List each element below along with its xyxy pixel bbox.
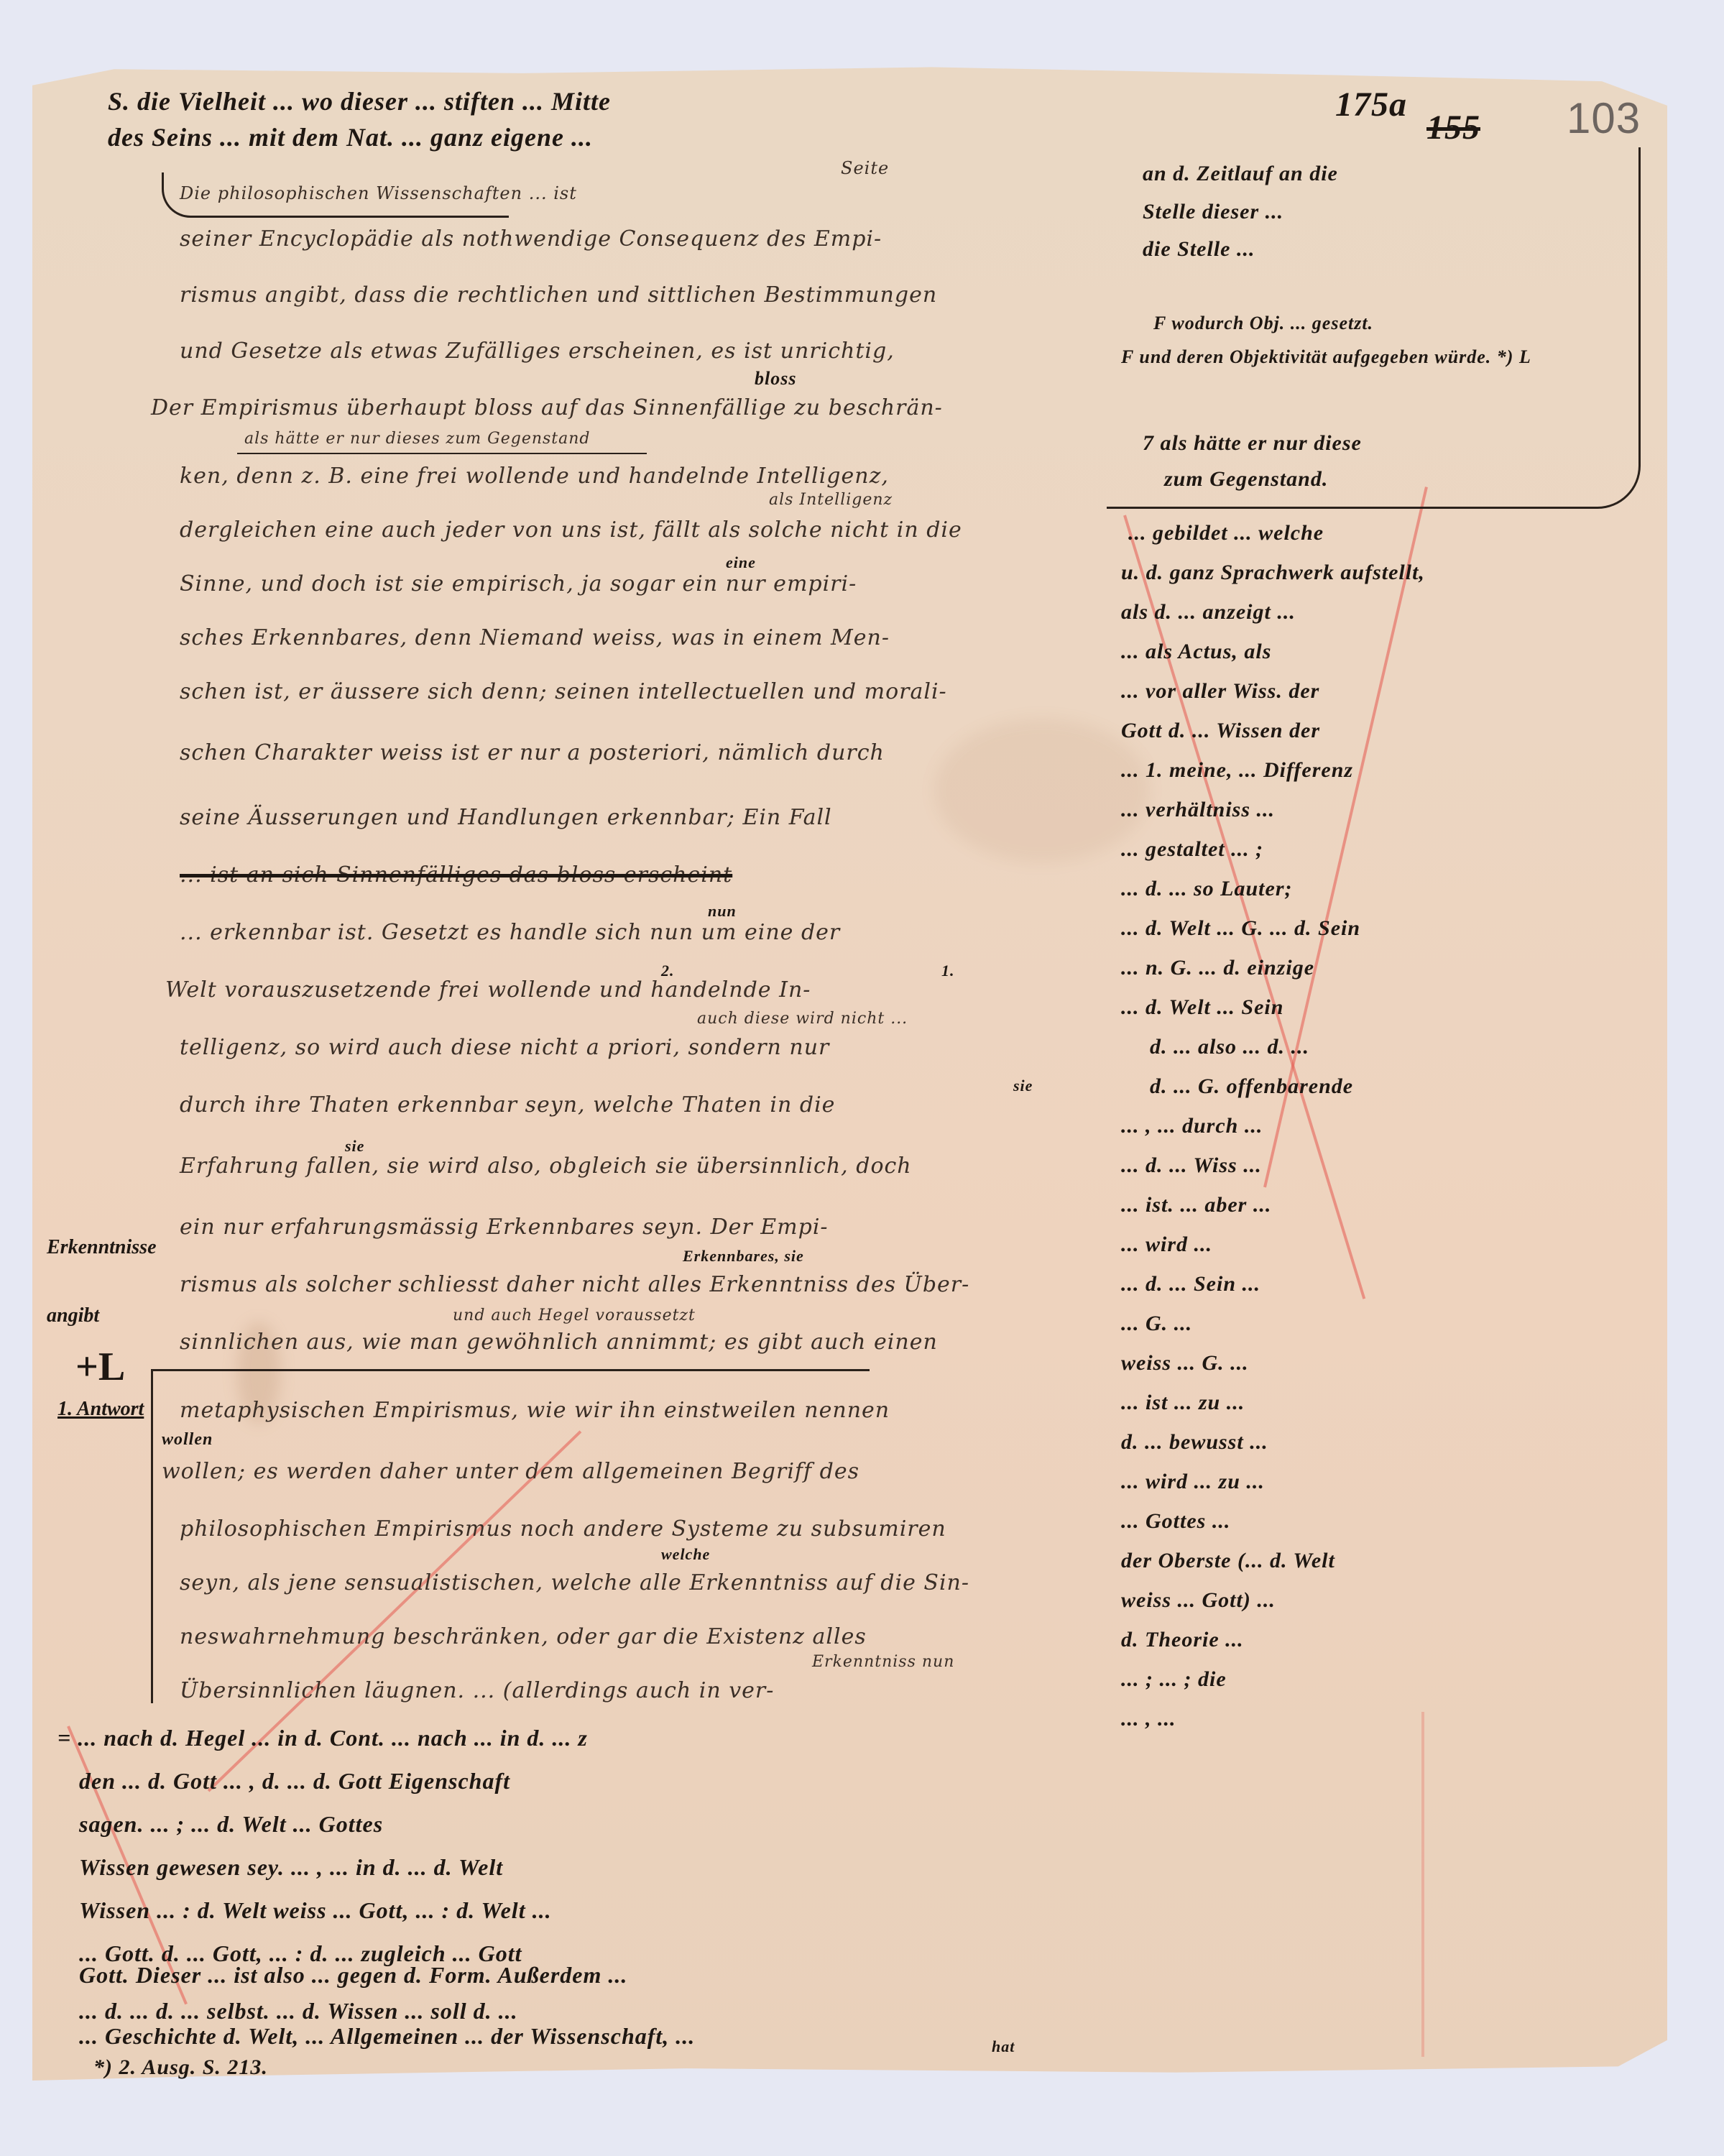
bracketed-insertion: als hätte er nur dieses zum Gegenstand bbox=[244, 430, 591, 448]
text-line: neswahrnehmung beschränken, oder gar die… bbox=[180, 1624, 867, 1649]
annotation-line: ... gestaltet ... ; bbox=[1121, 837, 1263, 862]
text-line: Welt vorauszusetzende frei wollende und … bbox=[165, 977, 811, 1003]
folio-number-struck: 155 bbox=[1426, 108, 1480, 147]
text-line: metaphysischen Empirismus, wie wir ihn e… bbox=[180, 1398, 890, 1423]
bottom-line: Wissen gewesen sey. ... , ... in d. ... … bbox=[79, 1854, 503, 1881]
annotation-line: ... wird ... zu ... bbox=[1121, 1470, 1265, 1494]
interlinear-number: 2. bbox=[661, 962, 675, 980]
text-line: ken, denn z. B. eine frei wollende und h… bbox=[180, 464, 889, 489]
annotation-line: weiss ... G. ... bbox=[1121, 1351, 1249, 1376]
annotation-bracket bbox=[1107, 147, 1641, 509]
text-line: durch ihre Thaten erkennbar seyn, welche… bbox=[180, 1092, 835, 1118]
annotation-line: ... d. Welt ... G. ... d. Sein bbox=[1121, 916, 1360, 941]
text-line: schen ist, er äussere sich denn; seinen … bbox=[180, 679, 947, 704]
bottom-line: = ... nach d. Hegel ... in d. Cont. ... … bbox=[57, 1725, 588, 1751]
bracketed-insertion: auch diese wird nicht ... bbox=[697, 1010, 908, 1028]
annotation-line: ... 1. meine, ... Differenz bbox=[1121, 758, 1353, 783]
footnote: *) 2. Ausg. S. 213. bbox=[93, 2055, 268, 2080]
text-line: sinnlichen aus, wie man gewöhnlich annim… bbox=[180, 1330, 938, 1355]
water-stain bbox=[934, 719, 1150, 862]
annotation-line: Gott d. ... Wissen der bbox=[1121, 719, 1320, 743]
annotation-line: ... Gottes ... bbox=[1121, 1509, 1230, 1534]
bottom-line: sagen. ... ; ... d. Welt ... Gottes bbox=[79, 1811, 383, 1838]
annotation-line: ... vor aller Wiss. der bbox=[1121, 679, 1319, 704]
bottom-line: ... d. ... d. ... selbst. ... d. Wissen … bbox=[79, 1998, 518, 2024]
text-line: ... erkennbar ist. Gesetzt es handle sic… bbox=[180, 920, 840, 945]
interlinear-correction: eine bbox=[726, 553, 756, 572]
interlinear-correction: Erkenntniss nun bbox=[812, 1653, 954, 1671]
bottom-line: ... Geschichte d. Welt, ... Allgemeinen … bbox=[79, 2023, 695, 2050]
annotation-line: ... d. ... so Lauter; bbox=[1121, 877, 1293, 901]
annotation-line: d. Theorie ... bbox=[1121, 1628, 1244, 1652]
text-line: telligenz, so wird auch diese nicht a pr… bbox=[180, 1035, 829, 1060]
annotation-line: u. d. ganz Sprachwerk aufstellt, bbox=[1121, 561, 1425, 585]
annotation-line: ... n. G. ... d. einzige bbox=[1121, 956, 1314, 980]
annotation-line: ... wird ... bbox=[1121, 1233, 1212, 1257]
interlinear-correction: sie bbox=[1013, 1077, 1033, 1095]
margin-note-answer: 1. Antwort bbox=[57, 1398, 144, 1421]
annotation-line: ... als Actus, als bbox=[1121, 640, 1271, 664]
annotation-line: ... , ... bbox=[1121, 1707, 1176, 1731]
annotation-line: ... d. ... Wiss ... bbox=[1121, 1153, 1262, 1178]
interlinear-correction: welche bbox=[661, 1545, 710, 1564]
text-line: seine Äusserungen und Handlungen erkennb… bbox=[180, 805, 832, 830]
annotation-line: ... verhältniss ... bbox=[1121, 798, 1275, 822]
top-line: S. die Vielheit ... wo dieser ... stifte… bbox=[108, 86, 611, 116]
annotation-line: ... d. ... Sein ... bbox=[1121, 1272, 1260, 1296]
annotation-line: ... ; ... ; die bbox=[1121, 1667, 1227, 1692]
text-line: schen Charakter weiss ist er nur a poste… bbox=[180, 740, 885, 765]
bracketed-insertion: und auch Hegel voraussetzt bbox=[453, 1307, 696, 1325]
insertion-underline bbox=[237, 453, 647, 456]
text-line: Erfahrung fallen, sie wird also, obgleic… bbox=[180, 1153, 912, 1179]
page-number: 103 bbox=[1567, 93, 1641, 143]
text-line: rismus angibt, dass die rechtlichen und … bbox=[180, 282, 937, 308]
annotation-line: ... G. ... bbox=[1121, 1312, 1192, 1336]
interlinear-correction: wollen bbox=[162, 1430, 213, 1450]
struck-line: ... ist an sich Sinnenfälliges das bloss… bbox=[180, 862, 732, 888]
interlinear-correction: bloss bbox=[755, 368, 796, 390]
text-line: und Gesetze als etwas Zufälliges erschei… bbox=[180, 338, 895, 364]
insertion-mark: +L bbox=[75, 1344, 125, 1390]
paragraph-bracket bbox=[151, 1369, 153, 1703]
caption-bracket bbox=[162, 172, 509, 218]
annotation-line: weiss ... Gott) ... bbox=[1121, 1588, 1276, 1613]
interlinear-correction: sie bbox=[345, 1137, 364, 1156]
text-line: dergleichen eine auch jeder von uns ist,… bbox=[180, 517, 962, 543]
margin-note: angibt bbox=[47, 1304, 99, 1327]
text-line: Der Empirismus überhaupt bloss auf das S… bbox=[151, 395, 943, 420]
text-line: Sinne, und doch ist sie empirisch, ja so… bbox=[180, 571, 857, 596]
annotation-line: ... ist ... zu ... bbox=[1121, 1391, 1245, 1415]
interlinear-correction: Erkennbares, sie bbox=[683, 1247, 804, 1266]
interlinear-correction: nun bbox=[708, 902, 737, 921]
margin-note: Erkenntnisse bbox=[47, 1236, 157, 1259]
annotation-line: d. ... also ... d. ... bbox=[1150, 1035, 1309, 1059]
interlinear-correction: als Intelligenz bbox=[769, 491, 893, 509]
text-line: rismus als solcher schliesst daher nicht… bbox=[180, 1272, 969, 1297]
annotation-line: d. ... G. offenbarende bbox=[1150, 1074, 1353, 1099]
top-line: des Seins ... mit dem Nat. ... ganz eige… bbox=[108, 122, 593, 152]
red-crayon-stroke bbox=[1421, 1712, 1424, 2057]
interlinear-correction: hat bbox=[992, 2037, 1015, 2056]
annotation-line: d. ... bewusst ... bbox=[1121, 1430, 1268, 1455]
interlinear-word: Seite bbox=[841, 158, 889, 178]
annotation-line: als d. ... anzeigt ... bbox=[1121, 600, 1296, 625]
text-line: seiner Encyclopädie als nothwendige Cons… bbox=[180, 226, 882, 252]
text-line: philosophischen Empirismus noch andere S… bbox=[180, 1516, 946, 1542]
annotation-line: ... ist. ... aber ... bbox=[1121, 1193, 1271, 1217]
bottom-line: Gott. Dieser ... ist also ... gegen d. F… bbox=[79, 1962, 627, 1989]
text-line: sches Erkennbares, denn Niemand weiss, w… bbox=[180, 625, 890, 650]
paragraph-bracket-top bbox=[151, 1369, 870, 1371]
annotation-line: ... , ... durch ... bbox=[1121, 1114, 1263, 1138]
annotation-line: ... d. Welt ... Sein bbox=[1121, 995, 1283, 1020]
text-line: Übersinnlichen läugnen. ... (allerdings … bbox=[180, 1678, 774, 1703]
bottom-line: Wissen ... : d. Welt weiss ... Gott, ...… bbox=[79, 1897, 552, 1924]
folio-number: 175a bbox=[1335, 85, 1407, 124]
text-line: seyn, als jene sensualistischen, welche … bbox=[180, 1570, 969, 1595]
annotation-line: der Oberste (... d. Welt bbox=[1121, 1549, 1335, 1573]
bottom-line: den ... d. Gott ... , d. ... d. Gott Eig… bbox=[79, 1768, 510, 1795]
text-line: ein nur erfahrungsmässig Erkennbares sey… bbox=[180, 1215, 829, 1240]
text-line: wollen; es werden daher unter dem allgem… bbox=[162, 1459, 859, 1484]
interlinear-number: 1. bbox=[941, 962, 955, 980]
annotation-line: ... gebildet ... welche bbox=[1128, 521, 1324, 545]
